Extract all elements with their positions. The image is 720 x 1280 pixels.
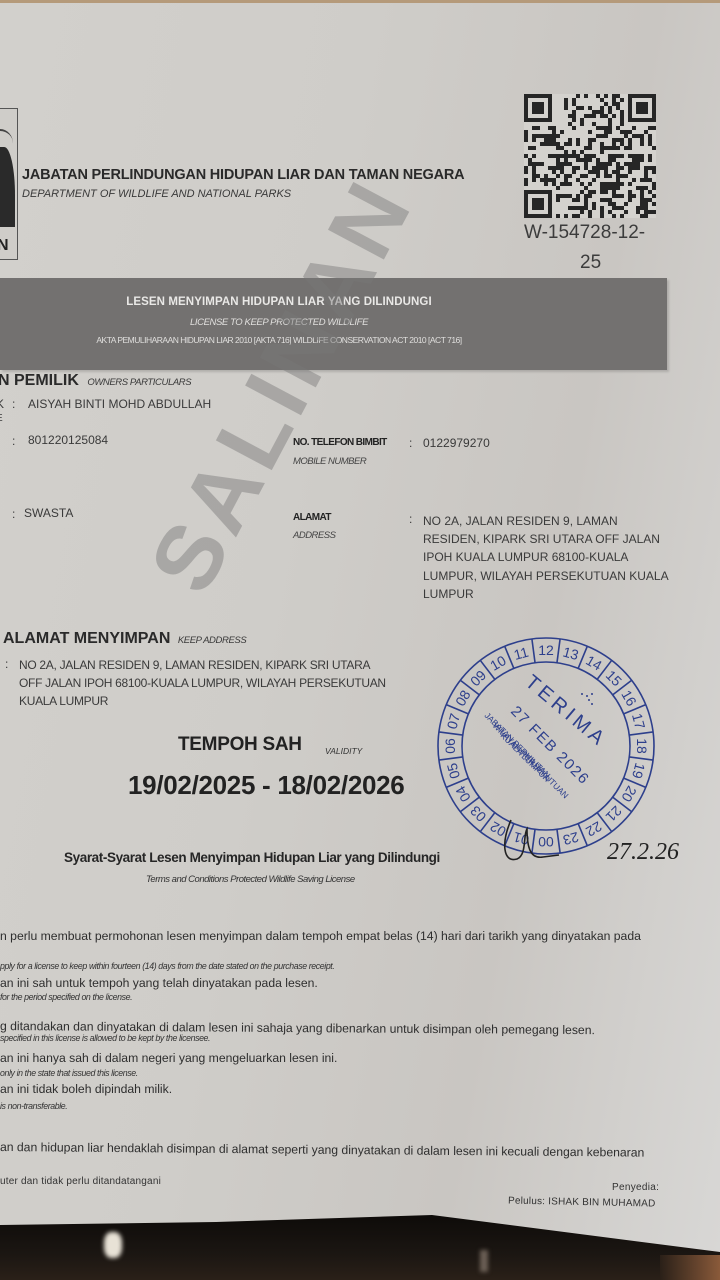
keep-address-title: ALAMAT MENYIMPAN xyxy=(3,630,170,647)
svg-text:19: 19 xyxy=(629,761,649,780)
department-name-ms: JABATAN PERLINDUNGAN HIDUPAN LIAR DAN TA… xyxy=(22,167,464,183)
logo-emblem-icon xyxy=(0,129,13,147)
term-item: an ini tidak boleh dipindah milik. xyxy=(0,1082,172,1096)
svg-text:11: 11 xyxy=(512,644,530,663)
address-line: RESIDEN, KIPARK SRI UTARA OFF JALAN xyxy=(423,530,669,548)
term-item-en: only in the state that issued this licen… xyxy=(0,1068,138,1078)
handwritten-signature: 27.2.26 xyxy=(497,815,687,870)
term-item: an ini hanya sah di dalam negeri yang me… xyxy=(0,1051,337,1065)
colon: : xyxy=(12,507,15,521)
svg-text:18: 18 xyxy=(634,738,650,754)
keep-address-line: OFF JALAN IPOH 68100-KUALA LUMPUR, WILAY… xyxy=(19,674,386,692)
keep-address-line: KUALA LUMPUR xyxy=(19,692,386,710)
logo-silhouette xyxy=(0,147,15,227)
license-title-ms: LESEN MENYIMPAN HIDUPAN LIAR YANG DILIND… xyxy=(0,296,558,308)
owner-category: SWASTA xyxy=(24,506,73,520)
svg-text:08: 08 xyxy=(452,687,474,709)
approver-name: Pelulus: ISHAK BIN MUHAMAD xyxy=(508,1195,656,1209)
light-reflection xyxy=(104,1232,122,1258)
svg-text:10: 10 xyxy=(487,652,509,674)
light-reflection xyxy=(480,1250,488,1272)
paper-edge xyxy=(0,0,720,3)
owner-id-number: 801220125084 xyxy=(28,433,108,447)
svg-text:09: 09 xyxy=(467,667,489,689)
keep-address-line: NO 2A, JALAN RESIDEN 9, LAMAN RESIDEN, K… xyxy=(19,656,386,674)
svg-text:05: 05 xyxy=(443,761,463,780)
owner-section-title: N PEMILIK xyxy=(0,372,79,389)
provider-label: Penyedia: xyxy=(612,1182,659,1193)
address-label: ALAMAT xyxy=(293,512,331,523)
name-label-fragment-2: E xyxy=(0,413,3,424)
license-document: N JABATAN PERLINDUNGAN HIDUPAN LIAR DAN … xyxy=(0,0,720,1255)
address-line: LUMPUR xyxy=(423,585,669,603)
address-line: IPOH KUALA LUMPUR 68100-KUALA xyxy=(423,548,669,566)
svg-text:14: 14 xyxy=(583,652,605,674)
table-edge xyxy=(660,1255,720,1280)
svg-text:04: 04 xyxy=(452,783,474,805)
colon: : xyxy=(409,512,412,526)
owner-section-header: N PEMILIK OWNERS PARTICULARS xyxy=(0,372,191,390)
svg-text:03: 03 xyxy=(467,803,489,825)
reference-number-cont: 25 xyxy=(580,252,601,274)
term-item-en: pply for a license to keep within fourte… xyxy=(0,961,334,971)
address-label-en: ADDRESS xyxy=(293,530,335,541)
address-line: NO 2A, JALAN RESIDEN 9, LAMAN xyxy=(423,512,669,530)
license-title-en: LICENSE TO KEEP PROTECTED WILDLIFE xyxy=(0,317,558,328)
colon: : xyxy=(12,434,15,448)
svg-text:17: 17 xyxy=(629,712,649,731)
mobile-label: NO. TELEFON BIMBIT xyxy=(293,437,387,448)
svg-text:06: 06 xyxy=(442,738,458,754)
colon: : xyxy=(5,657,8,671)
validity-subtitle: VALIDITY xyxy=(325,746,362,756)
validity-period: 19/02/2025 - 18/02/2026 xyxy=(128,770,404,801)
license-act: AKTA PEMULIHARAAN HIDUPAN LIAR 2010 [AKT… xyxy=(0,335,558,345)
owner-section-subtitle: OWNERS PARTICULARS xyxy=(87,377,191,388)
name-label-fragment: K xyxy=(0,397,4,411)
term-item-en: is non-transferable. xyxy=(0,1101,67,1111)
handwritten-date: 27.2.26 xyxy=(607,839,679,865)
owner-name: AISYAH BINTI MOHD ABDULLAH xyxy=(28,397,211,411)
colon: : xyxy=(12,397,15,411)
svg-text:12: 12 xyxy=(538,642,554,658)
keep-address-subtitle: KEEP ADDRESS xyxy=(178,635,246,646)
colon: : xyxy=(409,436,412,450)
reference-number: W-154728-12- xyxy=(524,222,645,244)
logo-letter: N xyxy=(0,237,9,255)
license-banner: LESEN MENYIMPAN HIDUPAN LIAR YANG DILIND… xyxy=(0,278,667,370)
svg-text:07: 07 xyxy=(444,711,464,730)
svg-text:15: 15 xyxy=(603,667,625,689)
terms-subtitle: Terms and Conditions Protected Wildlife … xyxy=(146,874,355,885)
svg-text:13: 13 xyxy=(561,644,580,664)
term-item-en: for the period specified on the license. xyxy=(0,992,132,1002)
department-name-en: DEPARTMENT OF WILDLIFE AND NATIONAL PARK… xyxy=(22,188,291,200)
svg-text:20: 20 xyxy=(618,783,640,805)
address-line: LUMPUR, WILAYAH PERSEKUTUAN KUALA xyxy=(423,567,669,585)
svg-text:16: 16 xyxy=(618,687,640,709)
term-item: n perlu membuat permohonan lesen menyimp… xyxy=(0,929,641,943)
terms-title: Syarat-Syarat Lesen Menyimpan Hidupan Li… xyxy=(64,850,440,865)
term-item: an dan hidupan liar hendaklah disimpan d… xyxy=(0,1140,644,1160)
validity-title: TEMPOH SAH xyxy=(178,734,302,756)
department-logo: N xyxy=(0,108,18,260)
qr-code-icon xyxy=(524,94,656,218)
term-item-en: specified in this license is allowed to … xyxy=(0,1033,210,1043)
computer-generated-note: uter dan tidak perlu ditandatangani xyxy=(0,1176,161,1187)
term-item: an ini sah untuk tempoh yang telah dinya… xyxy=(0,976,318,990)
keep-address: NO 2A, JALAN RESIDEN 9, LAMAN RESIDEN, K… xyxy=(19,656,386,710)
keep-address-header: ALAMAT MENYIMPAN KEEP ADDRESS xyxy=(3,630,246,648)
owner-address: NO 2A, JALAN RESIDEN 9, LAMAN RESIDEN, K… xyxy=(423,512,669,603)
owner-mobile: 0122979270 xyxy=(423,436,490,450)
mobile-label-en: MOBILE NUMBER xyxy=(293,456,366,467)
